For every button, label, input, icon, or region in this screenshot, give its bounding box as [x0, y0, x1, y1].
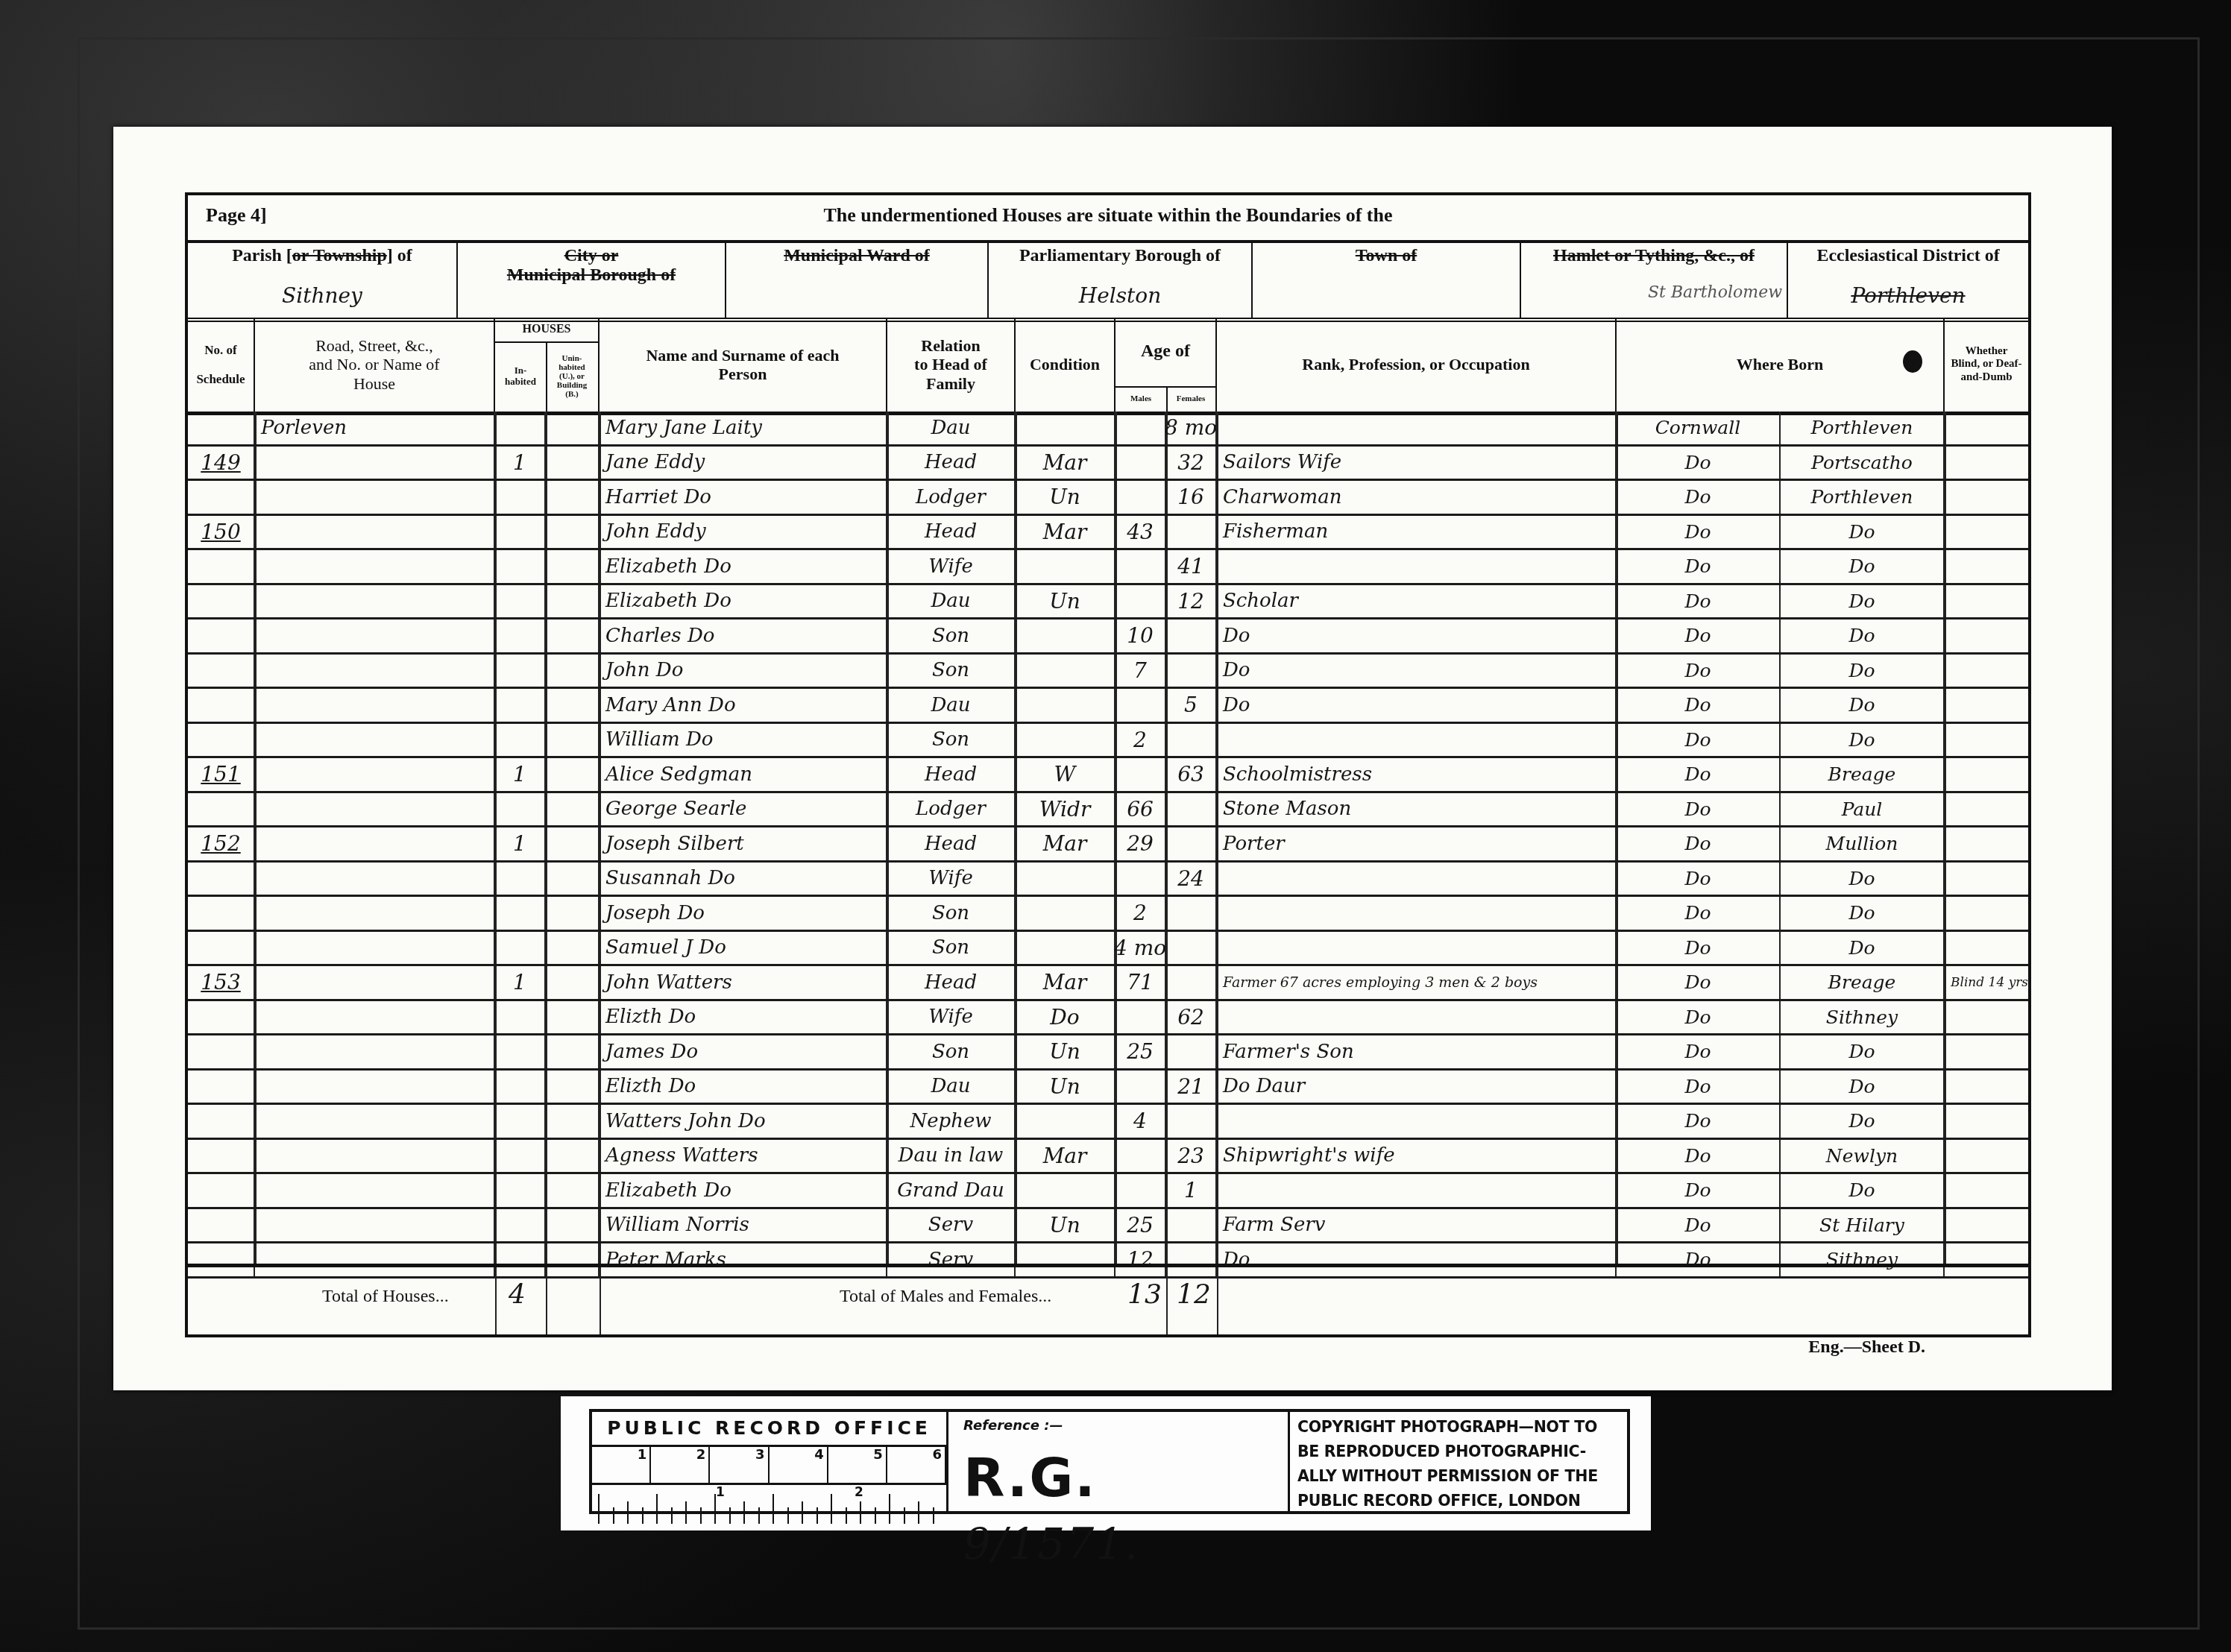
ruler-tick [889, 1494, 890, 1524]
schedule-cell [188, 619, 255, 652]
born-parish-cell: Newlyn [1781, 1140, 1945, 1173]
born-parish-cell: Breage [1781, 758, 1945, 791]
uninhabited-cell [546, 412, 600, 444]
uninhabited-cell [546, 966, 600, 999]
inhabited-cell [495, 1105, 546, 1138]
female-age-cell: 41 [1166, 550, 1217, 583]
ruler-tick [846, 1507, 847, 1524]
born-parish-cell: Do [1781, 1105, 1945, 1138]
female-age-cell [1166, 1105, 1217, 1138]
male-age-cell [1115, 758, 1166, 791]
uninhabited-cell [546, 724, 600, 757]
female-age-cell: 62 [1166, 1001, 1217, 1034]
male-age-cell: 4 [1115, 1105, 1166, 1138]
person-name-cell: Elizabeth Do [600, 585, 887, 618]
infirmity-cell [1945, 550, 2028, 583]
infirmity-cell [1945, 724, 2028, 757]
relation-cell: Dau [887, 585, 1016, 618]
person-name-cell: George Searle [600, 793, 887, 826]
female-age-cell: 63 [1166, 758, 1217, 791]
pro-ruler-section: PUBLIC RECORD OFFICE 1 2 3 4 5 6 1 2 [592, 1412, 948, 1511]
inhabited-cell [495, 550, 546, 583]
male-age-cell [1115, 1140, 1166, 1173]
infirmity-cell: Blind 14 yrs [1945, 966, 2028, 999]
person-name-cell: Mary Ann Do [600, 689, 887, 722]
inhabited-cell [495, 1140, 546, 1173]
boundary-fields: Parish [or Township] of Sithney City orM… [188, 240, 2028, 322]
born-parish-cell: Porthleven [1781, 412, 1945, 444]
census-page: Page 4] The undermentioned Houses are si… [113, 127, 2112, 1390]
relation-cell: Lodger [887, 481, 1016, 514]
hamlet-value: St Bartholomew [1521, 283, 1787, 302]
male-age-cell: 71 [1115, 966, 1166, 999]
person-name-cell: Jane Eddy [600, 447, 887, 479]
ruler-inches: 1 2 3 4 5 6 [592, 1447, 946, 1485]
uninhabited-cell [546, 447, 600, 479]
male-age-cell: 25 [1115, 1209, 1166, 1242]
uninhabited-cell [546, 689, 600, 722]
uninhabited-cell [546, 481, 600, 514]
condition-cell: Mar [1016, 516, 1115, 549]
male-age-cell [1115, 550, 1166, 583]
person-name-cell: William Do [600, 724, 887, 757]
uninhabited-cell [546, 897, 600, 930]
relation-cell: Head [887, 516, 1016, 549]
occupation-cell [1217, 863, 1617, 895]
uninhabited-cell [546, 516, 600, 549]
address-cell [255, 1035, 495, 1068]
inhabited-cell [495, 863, 546, 895]
address-cell [255, 1105, 495, 1138]
born-parish-cell: Paul [1781, 793, 1945, 826]
female-age-cell [1166, 619, 1217, 652]
total-persons-label: Total of Males and Females... [840, 1287, 1051, 1307]
col-houses: HOUSES In-habited Unin-habited(U.), orBu… [495, 318, 600, 412]
col-schedule: No. ofSchedule [188, 318, 255, 412]
occupation-cell: Charwoman [1217, 481, 1617, 514]
table-row: William DoSon2DoDo [188, 724, 2028, 759]
inhabited-cell [495, 1001, 546, 1034]
born-parish-cell: Do [1781, 516, 1945, 549]
reference-number: 9/1571. [963, 1519, 1139, 1569]
person-name-cell: Susannah Do [600, 863, 887, 895]
occupation-cell: Do [1217, 655, 1617, 687]
uninhabited-cell [546, 932, 600, 965]
total-houses-label: Total of Houses... [322, 1287, 449, 1307]
condition-cell [1016, 1105, 1115, 1138]
person-name-cell: John Eddy [600, 516, 887, 549]
address-cell [255, 1174, 495, 1207]
born-county-cell: Do [1617, 1001, 1781, 1034]
born-county-cell: Do [1617, 481, 1781, 514]
reference-label: Reference :— [963, 1418, 1063, 1434]
condition-cell [1016, 1174, 1115, 1207]
male-age-cell [1115, 481, 1166, 514]
ruler-tick [729, 1507, 731, 1524]
uninhabited-cell [546, 1035, 600, 1068]
person-name-cell: Samuel J Do [600, 932, 887, 965]
municipal-ward-field: Municipal Ward of [726, 240, 989, 318]
condition-cell: Do [1016, 1001, 1115, 1034]
ruler-tick [904, 1507, 905, 1524]
ruler-tick [860, 1501, 861, 1524]
schedule-cell [188, 689, 255, 722]
infirmity-cell [1945, 827, 2028, 860]
person-name-cell: William Norris [600, 1209, 887, 1242]
ruler-tick [671, 1507, 673, 1524]
ruler-tick [933, 1507, 934, 1524]
born-parish-cell: St Hilary [1781, 1209, 1945, 1242]
born-parish-cell: Do [1781, 619, 1945, 652]
ruler-tick [656, 1494, 658, 1524]
relation-cell: Dau [887, 689, 1016, 722]
person-name-cell: Elizth Do [600, 1001, 887, 1034]
table-row: Watters John DoNephew4DoDo [188, 1105, 2028, 1140]
male-age-cell [1115, 689, 1166, 722]
copyright-notice: COPYRIGHT PHOTOGRAPH—NOT TO BE REPRODUCE… [1290, 1415, 1627, 1511]
address-cell [255, 897, 495, 930]
male-age-cell [1115, 863, 1166, 895]
uninhabited-cell [546, 758, 600, 791]
inhabited-cell [495, 516, 546, 549]
relation-cell: Son [887, 724, 1016, 757]
person-name-cell: Joseph Do [600, 897, 887, 930]
address-cell [255, 932, 495, 965]
table-row: Susannah DoWife24DoDo [188, 863, 2028, 898]
born-county-cell: Do [1617, 966, 1781, 999]
male-age-cell: 66 [1115, 793, 1166, 826]
female-age-cell: 12 [1166, 585, 1217, 618]
born-parish-cell: Do [1781, 585, 1945, 618]
inhabited-cell [495, 1209, 546, 1242]
male-age-cell [1115, 585, 1166, 618]
town-field: Town of [1253, 240, 1521, 318]
col-uninhabited: Unin-habited(U.), orBuilding(B.) [546, 341, 598, 412]
person-name-cell: Watters John Do [600, 1105, 887, 1138]
uninhabited-cell [546, 550, 600, 583]
occupation-cell: Farmer's Son [1217, 1035, 1617, 1068]
occupation-cell: Porter [1217, 827, 1617, 860]
schedule-cell [188, 1035, 255, 1068]
born-county-cell: Do [1617, 724, 1781, 757]
occupation-cell [1217, 1105, 1617, 1138]
address-cell [255, 1001, 495, 1034]
page-header: Page 4] The undermentioned Houses are si… [188, 195, 2028, 243]
relation-cell: Head [887, 966, 1016, 999]
person-name-cell: Elizabeth Do [600, 1174, 887, 1207]
born-county-cell: Do [1617, 1035, 1781, 1068]
infirmity-cell [1945, 655, 2028, 687]
total-houses-value: 4 [509, 1279, 526, 1310]
person-name-cell: John Do [600, 655, 887, 687]
inhabited-cell: 1 [495, 827, 546, 860]
female-age-cell [1166, 897, 1217, 930]
female-age-cell [1166, 966, 1217, 999]
male-age-cell: 43 [1115, 516, 1166, 549]
born-county-cell: Do [1617, 863, 1781, 895]
address-cell [255, 619, 495, 652]
col-occupation: Rank, Profession, or Occupation [1217, 318, 1617, 412]
person-name-cell: Harriet Do [600, 481, 887, 514]
schedule-cell: 152 [188, 827, 255, 860]
female-age-cell [1166, 793, 1217, 826]
born-parish-cell: Do [1781, 1174, 1945, 1207]
table-row: Elizth DoDauUn21Do DaurDoDo [188, 1071, 2028, 1106]
table-row: William NorrisServUn25Farm ServDoSt Hila… [188, 1209, 2028, 1244]
schedule-cell [188, 655, 255, 687]
inhabited-cell [495, 481, 546, 514]
column-headers: No. ofSchedule Road, Street, &c.,and No.… [188, 318, 2028, 415]
col-infirmity: WhetherBlind, or Deaf-and-Dumb [1945, 318, 2028, 412]
address-cell [255, 827, 495, 860]
born-county-cell: Do [1617, 897, 1781, 930]
inhabited-cell [495, 655, 546, 687]
schedule-cell [188, 412, 255, 444]
table-row: 1511Alice SedgmanHeadW63SchoolmistressDo… [188, 758, 2028, 793]
female-age-cell: 5 [1166, 689, 1217, 722]
relation-cell: Dau [887, 1071, 1016, 1103]
born-parish-cell: Do [1781, 689, 1945, 722]
inhabited-cell [495, 793, 546, 826]
address-cell [255, 863, 495, 895]
address-cell [255, 1071, 495, 1103]
born-county-cell: Do [1617, 1209, 1781, 1242]
schedule-cell [188, 1001, 255, 1034]
inhabited-cell: 1 [495, 447, 546, 479]
person-name-cell: Alice Sedgman [600, 758, 887, 791]
ruler-tick [613, 1507, 614, 1524]
inhabited-cell [495, 412, 546, 444]
ruler-tick [743, 1501, 745, 1524]
male-age-cell [1115, 1071, 1166, 1103]
address-cell [255, 550, 495, 583]
parliamentary-borough-field: Parliamentary Borough of Helston [989, 240, 1253, 318]
born-parish-cell: Porthleven [1781, 481, 1945, 514]
relation-cell: Son [887, 619, 1016, 652]
address-cell [255, 724, 495, 757]
ruler-tick [642, 1507, 644, 1524]
total-males-value: 13 [1127, 1279, 1162, 1310]
born-parish-cell: Do [1781, 863, 1945, 895]
relation-cell: Wife [887, 863, 1016, 895]
address-cell [255, 585, 495, 618]
uninhabited-cell [546, 1209, 600, 1242]
uninhabited-cell [546, 1140, 600, 1173]
born-parish-cell: Sithney [1781, 1001, 1945, 1034]
address-cell [255, 516, 495, 549]
condition-cell [1016, 689, 1115, 722]
female-age-cell: 16 [1166, 481, 1217, 514]
person-name-cell: Agness Watters [600, 1140, 887, 1173]
condition-cell: Mar [1016, 966, 1115, 999]
ecclesiastical-district-field: Ecclesiastical District of Porthleven [1788, 240, 2028, 318]
relation-cell: Head [887, 827, 1016, 860]
table-row: Agness WattersDau in lawMar23Shipwright'… [188, 1140, 2028, 1175]
occupation-cell: Stone Mason [1217, 793, 1617, 826]
condition-cell: W [1016, 758, 1115, 791]
address-cell: Porleven [255, 412, 495, 444]
inhabited-cell [495, 1071, 546, 1103]
ruler-tick [816, 1507, 818, 1524]
born-parish-cell: Do [1781, 724, 1945, 757]
condition-cell: Un [1016, 1035, 1115, 1068]
table-row: 1521Joseph SilbertHeadMar29PorterDoMulli… [188, 827, 2028, 863]
born-parish-cell: Do [1781, 897, 1945, 930]
relation-cell: Wife [887, 550, 1016, 583]
female-age-cell: 21 [1166, 1071, 1217, 1103]
ruler-tick [627, 1501, 629, 1524]
male-age-cell: 10 [1115, 619, 1166, 652]
inhabited-cell: 1 [495, 758, 546, 791]
person-name-cell: John Watters [600, 966, 887, 999]
ruler-tick [700, 1507, 702, 1524]
table-row: Joseph DoSon2DoDo [188, 897, 2028, 932]
schedule-cell [188, 1071, 255, 1103]
inhabited-cell [495, 897, 546, 930]
born-parish-cell: Do [1781, 655, 1945, 687]
person-name-cell: Joseph Silbert [600, 827, 887, 860]
condition-cell [1016, 619, 1115, 652]
born-county-cell: Do [1617, 689, 1781, 722]
infirmity-cell [1945, 1140, 2028, 1173]
schedule-cell [188, 897, 255, 930]
col-condition: Condition [1016, 318, 1115, 412]
schedule-cell: 151 [188, 758, 255, 791]
relation-cell: Nephew [887, 1105, 1016, 1138]
infirmity-cell [1945, 793, 2028, 826]
uninhabited-cell [546, 585, 600, 618]
infirmity-cell [1945, 689, 2028, 722]
col-males: Males [1115, 386, 1168, 412]
relation-cell: Wife [887, 1001, 1016, 1034]
person-name-cell: Elizabeth Do [600, 550, 887, 583]
address-cell [255, 758, 495, 791]
condition-cell: Mar [1016, 1140, 1115, 1173]
relation-cell: Son [887, 655, 1016, 687]
born-parish-cell: Mullion [1781, 827, 1945, 860]
female-age-cell [1166, 1209, 1217, 1242]
address-cell [255, 481, 495, 514]
pro-title: PUBLIC RECORD OFFICE [592, 1412, 946, 1447]
address-cell [255, 793, 495, 826]
condition-cell [1016, 724, 1115, 757]
born-county-cell: Cornwall [1617, 412, 1781, 444]
condition-cell: Mar [1016, 447, 1115, 479]
relation-cell: Head [887, 447, 1016, 479]
male-age-cell [1115, 1001, 1166, 1034]
occupation-cell [1217, 932, 1617, 965]
relation-cell: Son [887, 1035, 1016, 1068]
uninhabited-cell [546, 863, 600, 895]
infirmity-cell [1945, 447, 2028, 479]
inhabited-cell [495, 1035, 546, 1068]
occupation-cell [1217, 1001, 1617, 1034]
ruler-tick [875, 1507, 876, 1524]
census-table: Page 4] The undermentioned Houses are si… [185, 192, 2031, 1337]
total-females-value: 12 [1177, 1279, 1211, 1310]
male-age-cell [1115, 412, 1166, 444]
table-row: 150John EddyHeadMar43FishermanDoDo [188, 516, 2028, 551]
infirmity-cell [1945, 897, 2028, 930]
condition-cell [1016, 932, 1115, 965]
table-row: PorlevenMary Jane LaityDau8 moCornwallPo… [188, 412, 2028, 447]
born-county-cell: Do [1617, 793, 1781, 826]
schedule-cell [188, 1105, 255, 1138]
schedule-cell [188, 863, 255, 895]
ruler-tick [758, 1507, 760, 1524]
born-county-cell: Do [1617, 932, 1781, 965]
born-county-cell: Do [1617, 1140, 1781, 1173]
male-age-cell: 29 [1115, 827, 1166, 860]
ruler-tick [598, 1494, 600, 1524]
born-parish-cell: Do [1781, 550, 1945, 583]
relation-cell: Head [887, 758, 1016, 791]
female-age-cell [1166, 516, 1217, 549]
ruler-tick [831, 1494, 832, 1524]
col-age: Age of Males Females [1115, 318, 1217, 412]
female-age-cell [1166, 655, 1217, 687]
address-cell [255, 447, 495, 479]
uninhabited-cell [546, 1174, 600, 1207]
col-name: Name and Surname of eachPerson [600, 318, 887, 412]
condition-cell: Un [1016, 585, 1115, 618]
occupation-cell: Do Daur [1217, 1071, 1617, 1103]
ruler-tick [685, 1501, 687, 1524]
relation-cell: Grand Dau [887, 1174, 1016, 1207]
schedule-cell [188, 550, 255, 583]
relation-cell: Dau [887, 412, 1016, 444]
female-age-cell: 32 [1166, 447, 1217, 479]
occupation-cell: Schoolmistress [1217, 758, 1617, 791]
infirmity-cell [1945, 932, 2028, 965]
person-name-cell: James Do [600, 1035, 887, 1068]
occupation-cell: Sailors Wife [1217, 447, 1617, 479]
born-parish-cell: Breage [1781, 966, 1945, 999]
col-address: Road, Street, &c.,and No. or Name ofHous… [255, 318, 495, 412]
address-cell [255, 1140, 495, 1173]
inhabited-cell: 1 [495, 966, 546, 999]
relation-cell: Lodger [887, 793, 1016, 826]
born-county-cell: Do [1617, 447, 1781, 479]
sheet-label: Eng.—Sheet D. [1808, 1337, 1925, 1358]
occupation-cell: Fisherman [1217, 516, 1617, 549]
table-row: George SearleLodgerWidr66Stone MasonDoPa… [188, 793, 2028, 828]
infirmity-cell [1945, 863, 2028, 895]
male-age-cell: 7 [1115, 655, 1166, 687]
occupation-cell: Farm Serv [1217, 1209, 1617, 1242]
born-county-cell: Do [1617, 655, 1781, 687]
uninhabited-cell [546, 1001, 600, 1034]
schedule-cell [188, 1209, 255, 1242]
female-age-cell: 23 [1166, 1140, 1217, 1173]
table-row: Elizabeth DoGrand Dau1DoDo [188, 1174, 2028, 1209]
boundaries-title: The undermentioned Houses are situate wi… [188, 204, 2028, 227]
male-age-cell: 4 mo [1115, 932, 1166, 965]
uninhabited-cell [546, 827, 600, 860]
born-county-cell: Do [1617, 1174, 1781, 1207]
occupation-cell [1217, 550, 1617, 583]
female-age-cell [1166, 932, 1217, 965]
female-age-cell [1166, 1035, 1217, 1068]
schedule-cell [188, 932, 255, 965]
punch-hole-icon [1903, 350, 1922, 373]
address-cell [255, 689, 495, 722]
table-row: Mary Ann DoDau5DoDoDo [188, 689, 2028, 724]
inhabited-cell [495, 932, 546, 965]
inhabited-cell [495, 585, 546, 618]
uninhabited-cell [546, 619, 600, 652]
born-parish-cell: Do [1781, 1035, 1945, 1068]
